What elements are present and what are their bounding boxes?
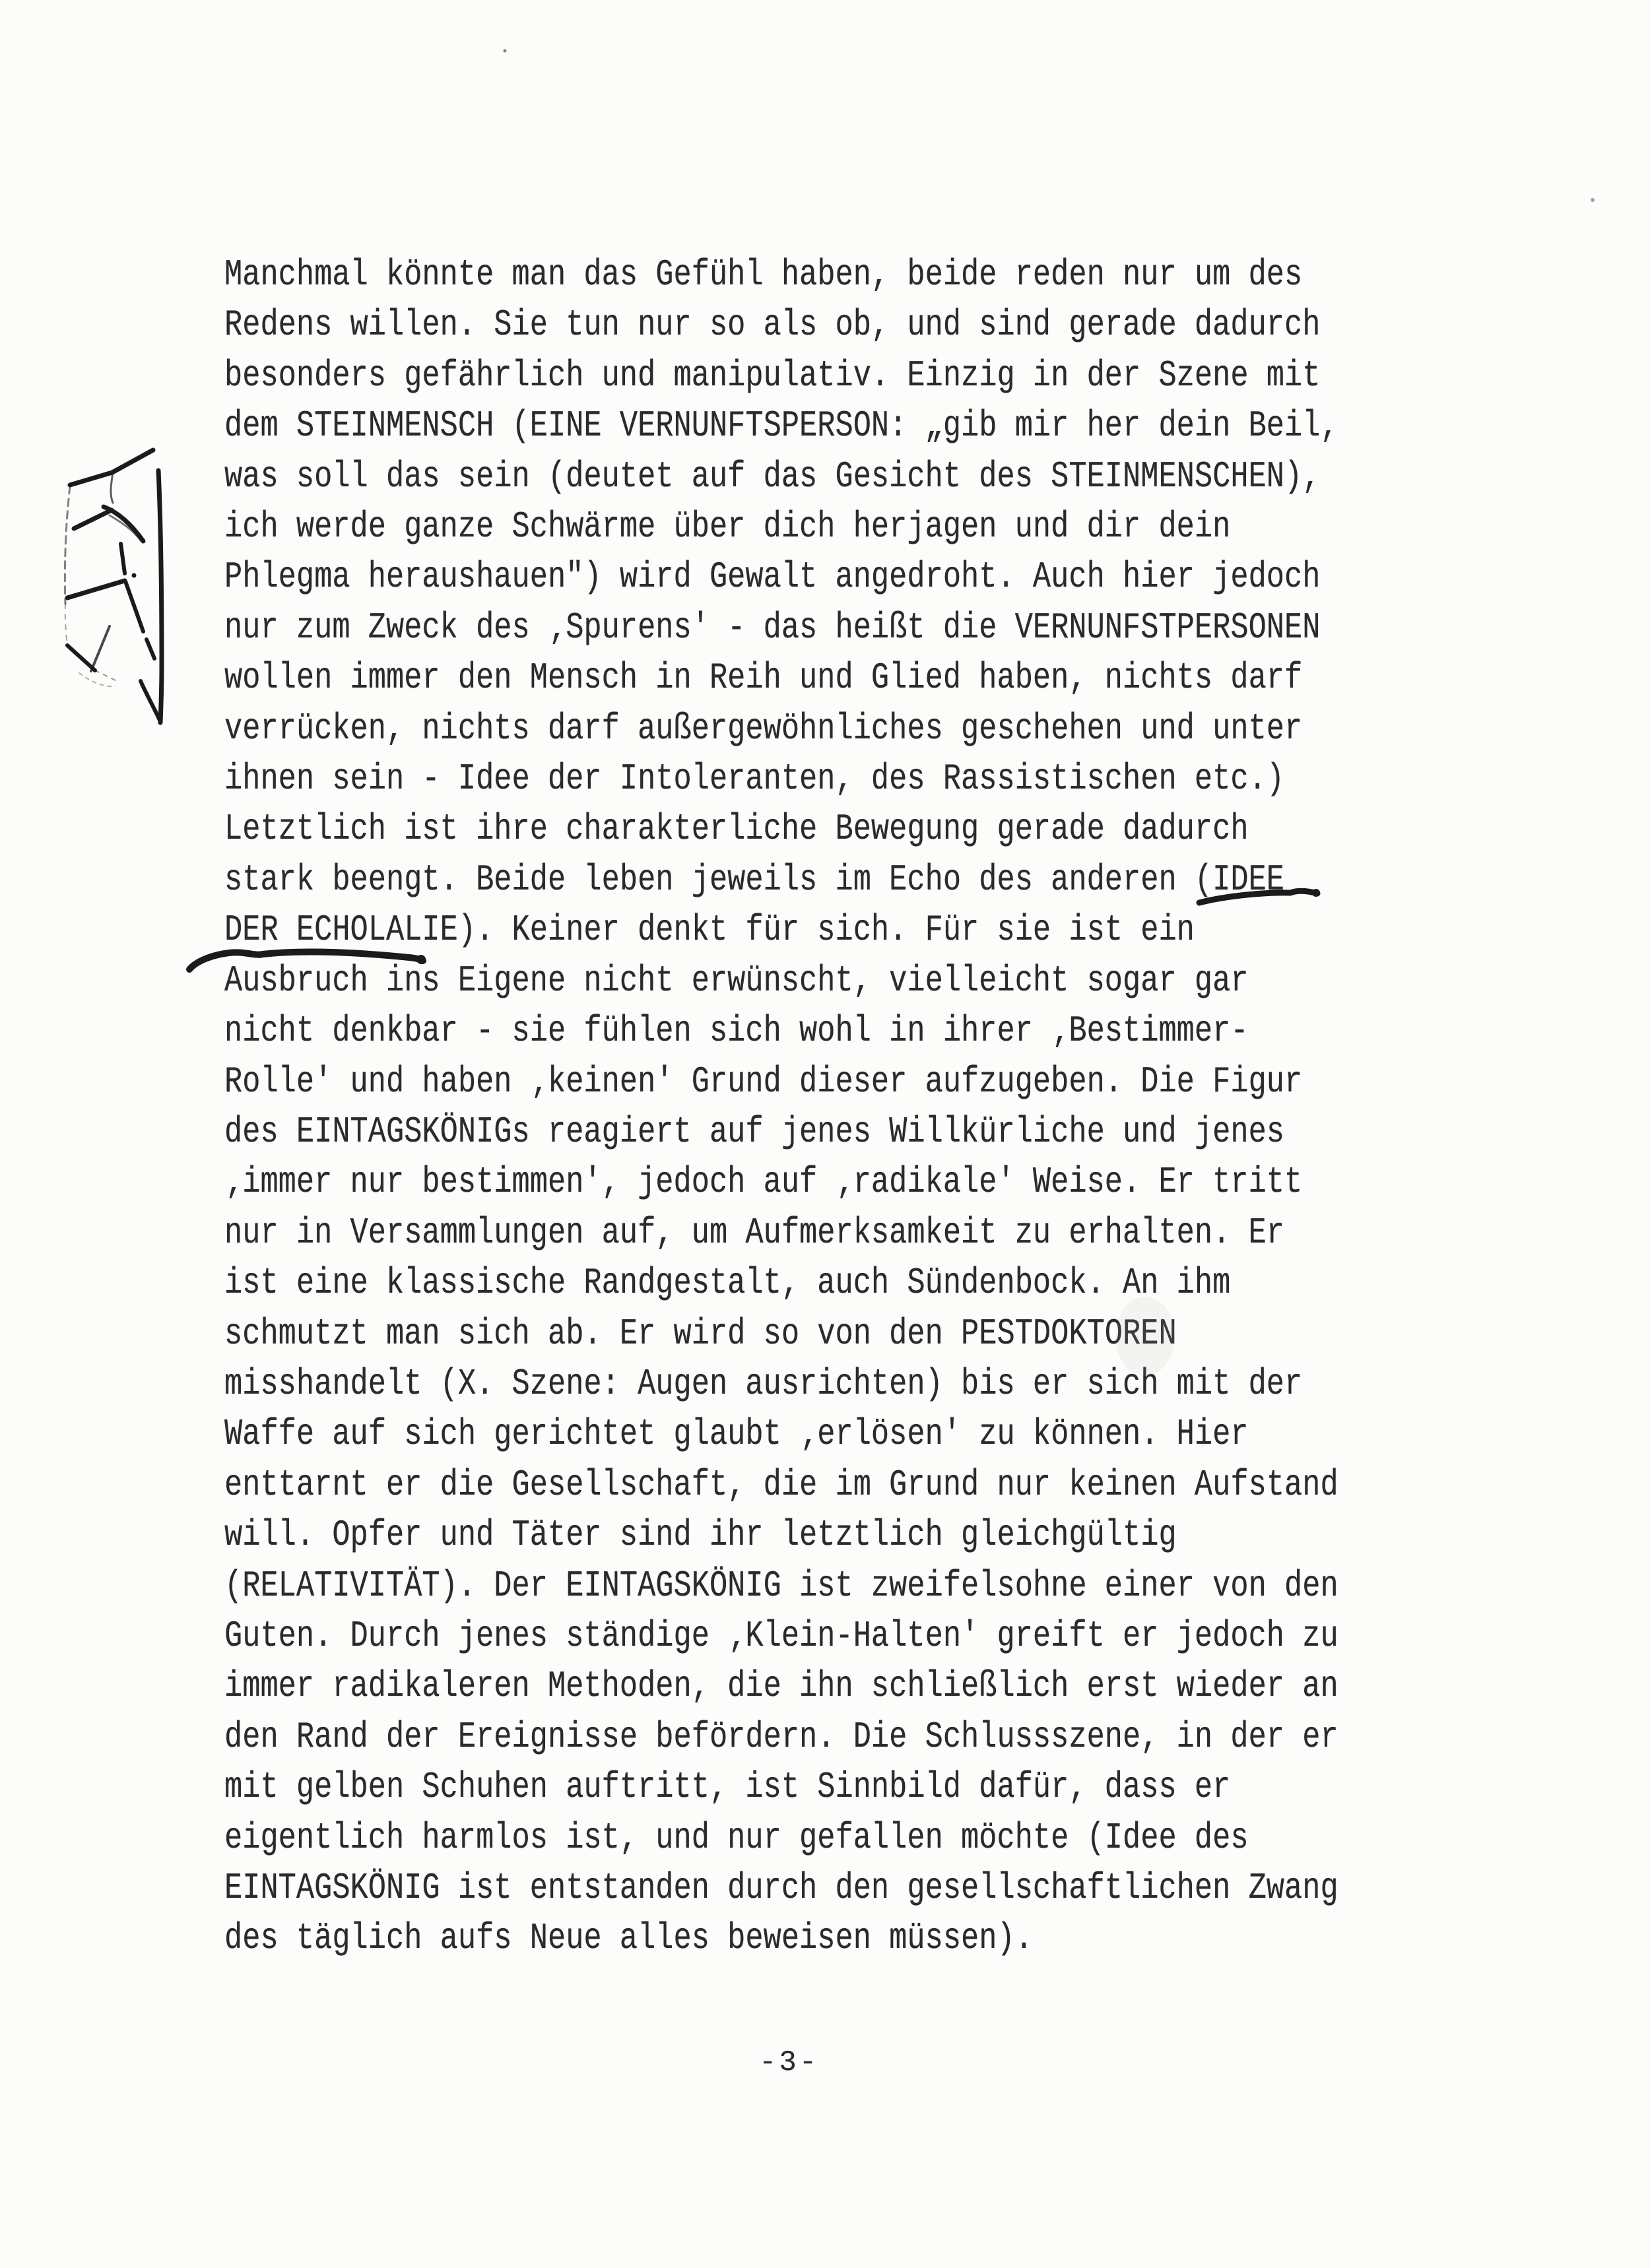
typed-line: will. Opfer und Täter sind ihr letztlich… (224, 1510, 1338, 1560)
typed-line: nur in Versammlungen auf, um Aufmerksamk… (224, 1208, 1338, 1258)
typed-line: nicht denkbar - sie fühlen sich wohl in … (224, 1006, 1338, 1056)
typed-line: des täglich aufs Neue alles beweisen müs… (224, 1913, 1338, 1963)
typed-line: nur zum Zweck des ‚Spurens' - das heißt … (224, 602, 1338, 653)
typed-line: misshandelt (X. Szene: Augen ausrichten)… (224, 1359, 1338, 1409)
typed-line: DER ECHOLALIE). Keiner denkt für sich. F… (224, 905, 1338, 955)
typed-line: Letztlich ist ihre charakterliche Bewegu… (224, 804, 1338, 854)
typed-line: Phlegma heraushauen") wird Gewalt angedr… (224, 552, 1338, 602)
typed-line: eigentlich harmlos ist, und nur gefallen… (224, 1813, 1338, 1863)
page-number: -3- (759, 2048, 819, 2077)
typed-line: (RELATIVITÄT). Der EINTAGSKÖNIG ist zwei… (224, 1561, 1338, 1611)
typed-line: besonders gefährlich und manipulativ. Ei… (224, 350, 1338, 401)
typed-line: ich werde ganze Schwärme über dich herja… (224, 502, 1338, 552)
typed-line: enttarnt er die Gesellschaft, die im Gru… (224, 1460, 1338, 1510)
margin-sketch-drawing (65, 450, 162, 723)
typed-line: des EINTAGSKÖNIGs reagiert auf jenes Wil… (224, 1107, 1338, 1157)
typed-line: schmutzt man sich ab. Er wird so von den… (224, 1309, 1338, 1359)
typed-line: mit gelben Schuhen auftritt, ist Sinnbil… (224, 1762, 1338, 1812)
typed-text-block: Manchmal könnte man das Gefühl haben, be… (224, 249, 1600, 1964)
typed-line: Redens willen. Sie tun nur so als ob, un… (224, 300, 1338, 350)
typed-line: Waffe auf sich gerichtet glaubt ‚erlösen… (224, 1409, 1338, 1459)
typed-line: Ausbruch ins Eigene nicht erwünscht, vie… (224, 956, 1338, 1006)
typed-line: den Rand der Ereignisse befördern. Die S… (224, 1712, 1338, 1762)
typed-line: Rolle' und haben ‚keinen' Grund dieser a… (224, 1056, 1338, 1107)
typed-line: ‚immer nur bestimmen', jedoch auf ‚radik… (224, 1157, 1338, 1207)
typed-line: EINTAGSKÖNIG ist entstanden durch den ge… (224, 1863, 1338, 1913)
typed-line: stark beengt. Beide leben jeweils im Ech… (224, 855, 1338, 905)
typed-line: was soll das sein (deutet auf das Gesich… (224, 451, 1338, 502)
typed-line: ihnen sein - Idee der Intoleranten, des … (224, 754, 1338, 804)
typed-line: ist eine klassische Randgestalt, auch Sü… (224, 1258, 1338, 1308)
typed-line: verrücken, nichts darf außergewöhnliches… (224, 703, 1338, 754)
scanned-document-page: Manchmal könnte man das Gefühl haben, be… (0, 0, 1650, 2268)
typed-line: Guten. Durch jenes ständige ‚Klein-Halte… (224, 1611, 1338, 1661)
typed-line: dem STEINMENSCH (EINE VERNUNFTSPERSON: „… (224, 401, 1338, 451)
typed-line: immer radikaleren Methoden, die ihn schl… (224, 1661, 1338, 1711)
typed-line: Manchmal könnte man das Gefühl haben, be… (224, 249, 1338, 300)
typed-line: wollen immer den Mensch in Reih und Glie… (224, 653, 1338, 703)
